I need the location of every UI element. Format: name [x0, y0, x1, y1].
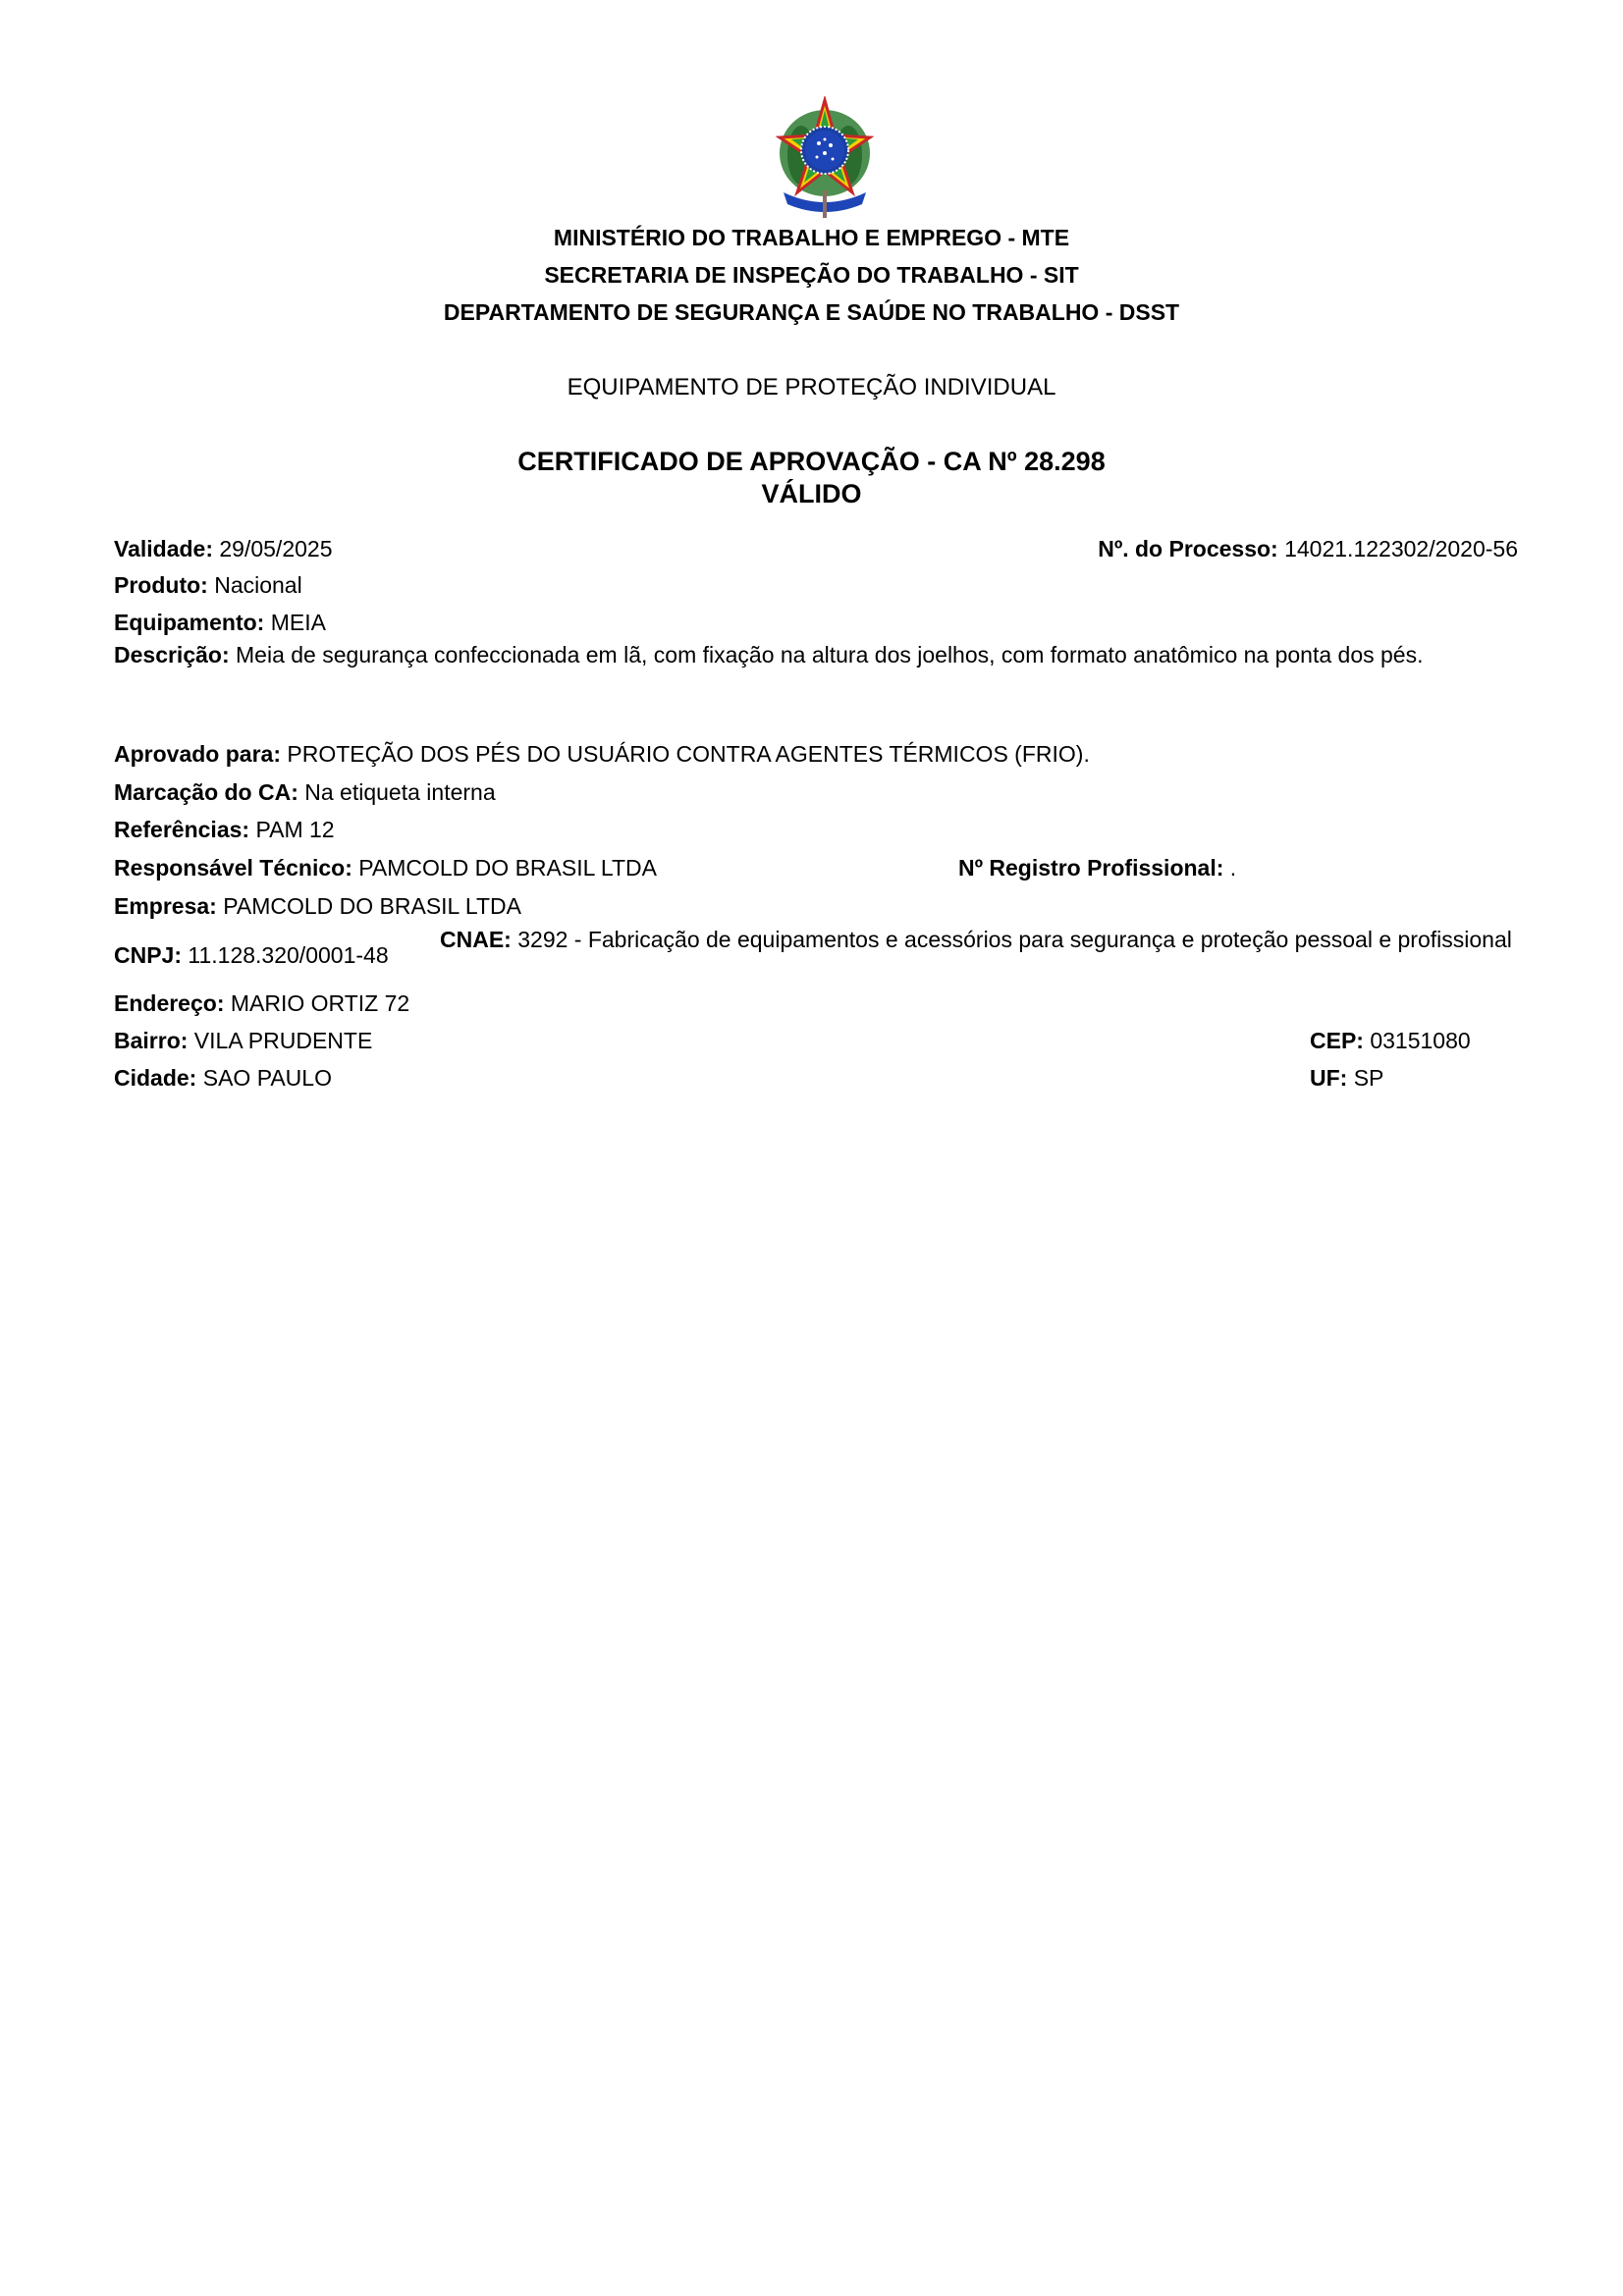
ministry-name: MINISTÉRIO DO TRABALHO E EMPREGO - MTE: [0, 225, 1623, 251]
field-label: CNPJ:: [114, 942, 182, 968]
field-value: PAMCOLD DO BRASIL LTDA: [358, 855, 657, 881]
field-empresa: Empresa: PAMCOLD DO BRASIL LTDA: [114, 893, 521, 920]
field-value: 14021.122302/2020-56: [1284, 536, 1518, 561]
field-label: Marcação do CA:: [114, 779, 298, 805]
field-processo: Nº. do Processo: 14021.122302/2020-56: [1098, 536, 1518, 562]
brazil-coat-of-arms-icon: [776, 96, 874, 219]
field-value: PAMCOLD DO BRASIL LTDA: [223, 893, 521, 919]
certificate-status: VÁLIDO: [0, 479, 1623, 509]
field-cnpj: CNPJ: 11.128.320/0001-48: [114, 942, 389, 969]
department-name: DEPARTAMENTO DE SEGURANÇA E SAÚDE NO TRA…: [0, 299, 1623, 326]
field-cep: CEP: 03151080: [1310, 1028, 1471, 1054]
field-label: Referências:: [114, 817, 249, 842]
field-label: Validade:: [114, 536, 213, 561]
field-value: SP: [1354, 1065, 1384, 1091]
field-produto: Produto: Nacional: [114, 572, 302, 599]
field-label: CEP:: [1310, 1028, 1364, 1053]
field-marcacao: Marcação do CA: Na etiqueta interna: [114, 779, 496, 806]
field-label: Endereço:: [114, 990, 224, 1016]
field-value: .: [1230, 855, 1236, 881]
field-label: Nº Registro Profissional:: [958, 855, 1223, 881]
field-uf: UF: SP: [1310, 1065, 1383, 1092]
field-value: SAO PAULO: [203, 1065, 332, 1091]
field-value: 03151080: [1370, 1028, 1470, 1053]
field-value: PAM 12: [255, 817, 334, 842]
field-value: Nacional: [214, 572, 302, 598]
field-label: Empresa:: [114, 893, 217, 919]
secretariat-name: SECRETARIA DE INSPEÇÃO DO TRABALHO - SIT: [0, 262, 1623, 289]
field-equipamento: Equipamento: MEIA: [114, 610, 326, 636]
field-value: MARIO ORTIZ 72: [231, 990, 409, 1016]
field-label: Cidade:: [114, 1065, 196, 1091]
field-responsavel-tecnico: Responsável Técnico: PAMCOLD DO BRASIL L…: [114, 855, 657, 881]
certificate-title: CERTIFICADO DE APROVAÇÃO - CA Nº 28.298: [0, 447, 1623, 477]
field-label: CNAE:: [440, 927, 512, 952]
field-value: VILA PRUDENTE: [194, 1028, 373, 1053]
field-label: Equipamento:: [114, 610, 264, 635]
field-value: MEIA: [271, 610, 326, 635]
field-value: Meia de segurança confeccionada em lã, c…: [236, 642, 1423, 667]
field-endereco: Endereço: MARIO ORTIZ 72: [114, 990, 409, 1017]
field-label: Responsável Técnico:: [114, 855, 352, 881]
field-label: UF:: [1310, 1065, 1347, 1091]
field-label: Bairro:: [114, 1028, 188, 1053]
field-registro-profissional: Nº Registro Profissional: .: [958, 855, 1236, 881]
field-value: 11.128.320/0001-48: [188, 942, 388, 968]
field-referencias: Referências: PAM 12: [114, 817, 335, 843]
field-label: Descrição:: [114, 642, 230, 667]
field-label: Nº. do Processo:: [1098, 536, 1278, 561]
field-aprovado-para: Aprovado para: PROTEÇÃO DOS PÉS DO USUÁR…: [114, 741, 1090, 768]
field-validade: Validade: 29/05/2025: [114, 536, 333, 562]
field-bairro: Bairro: VILA PRUDENTE: [114, 1028, 372, 1054]
field-value: 29/05/2025: [219, 536, 332, 561]
field-value: 3292 - Fabricação de equipamentos e aces…: [517, 927, 1512, 952]
field-value: Na etiqueta interna: [304, 779, 495, 805]
field-descricao: Descrição: Meia de segurança confecciona…: [114, 640, 1518, 669]
document-category: EQUIPAMENTO DE PROTEÇÃO INDIVIDUAL: [0, 374, 1623, 401]
field-cidade: Cidade: SAO PAULO: [114, 1065, 332, 1092]
field-label: Produto:: [114, 572, 208, 598]
field-cnae: CNAE: 3292 - Fabricação de equipamentos …: [440, 925, 1518, 954]
field-value: PROTEÇÃO DOS PÉS DO USUÁRIO CONTRA AGENT…: [287, 741, 1089, 767]
field-label: Aprovado para:: [114, 741, 281, 767]
